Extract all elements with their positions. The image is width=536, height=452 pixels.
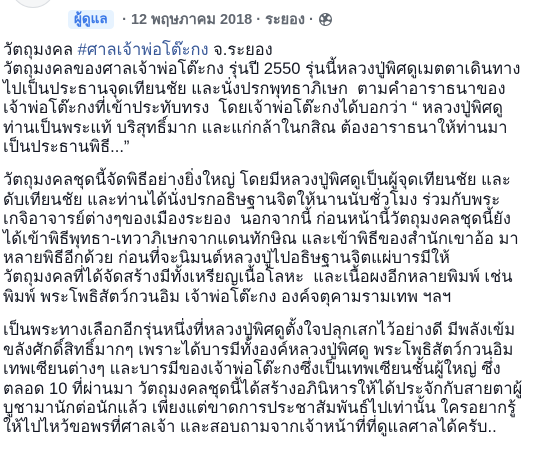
post-text-segment: จ.ระยอง: [209, 41, 273, 59]
post-text-segment: วัตถุมงคลของศาลเจ้าพ่อโต๊ะกง รุ่นปี 2550…: [3, 60, 520, 156]
meta-separator: ·: [256, 12, 261, 28]
globe-icon: [319, 13, 332, 30]
post-text-segment: วัตถุมงคล: [3, 41, 78, 59]
post-paragraph-1: วัตถุมงคล #ศาลเจ้าพ่อโต๊ะกง จ.ระยองวัตถุ…: [3, 41, 524, 157]
meta-separator: ·: [122, 12, 127, 28]
post-paragraph-3: เป็นพระทางเลือกอีกรุ่นหนึ่งที่หลวงปู่พิศ…: [3, 321, 524, 437]
post-meta: ·12 พฤษภาคม 2018·ระยอง·: [118, 12, 332, 28]
location-link[interactable]: ระยอง: [265, 12, 305, 28]
meta-separator: ·: [309, 12, 314, 28]
hashtag-link[interactable]: #ศาลเจ้าพ่อโต๊ะกง: [78, 41, 209, 59]
facebook-post: { "header": { "badge_label": "ผู้ดูแล", …: [0, 0, 536, 452]
timestamp-link[interactable]: 12 พฤษภาคม 2018: [131, 12, 252, 28]
admin-badge: ผู้ดูแล: [68, 10, 114, 30]
avatar[interactable]: [10, 0, 56, 8]
post-text: วัตถุมงคล #ศาลเจ้าพ่อโต๊ะกง จ.ระยองวัตถุ…: [0, 34, 536, 438]
post-paragraph-2: วัตถุมงคลชุดนี้จัดพิธีอย่างยิ่งใหญ่ โดยม…: [3, 171, 524, 307]
post-header: ผู้ดูแล ·12 พฤษภาคม 2018·ระยอง·: [0, 0, 536, 34]
